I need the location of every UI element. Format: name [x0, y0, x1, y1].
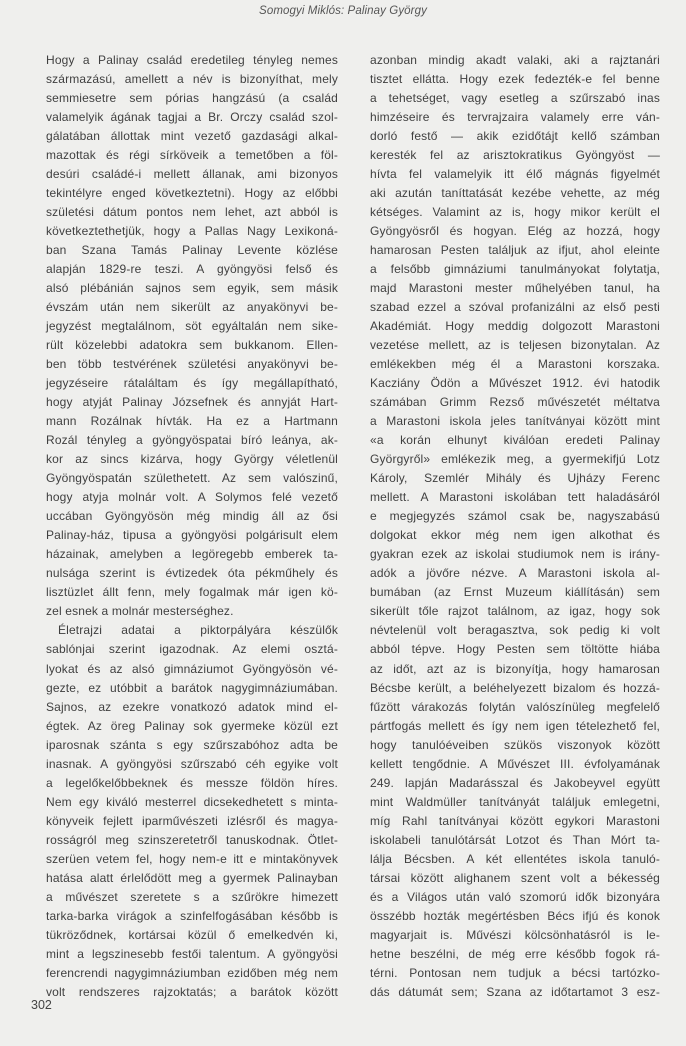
- text-line: Sajnos, az ezekre vonatkozó adatok mind …: [46, 698, 338, 717]
- text-line: jegyzéseire rátaláltam és így megállapít…: [46, 374, 338, 393]
- text-line: névtelenül volt beragasztva, sok pedig k…: [370, 621, 660, 640]
- text-line: desúri családé-i mellett állanak, ami bi…: [46, 165, 338, 184]
- text-line: Nem egy kiváló mesterrel dicsekedhetett …: [46, 793, 338, 812]
- text-line: Életrajzi adatai a piktorpályára készülő…: [46, 621, 338, 640]
- text-line: következtethetjük, hogy a Pallas Nagy Le…: [46, 222, 338, 241]
- text-line: inasnak. A gyöngyösi szűrszabó céh egyik…: [46, 755, 338, 774]
- text-line: kor az sincs kizárva, hogy György véletl…: [46, 450, 338, 469]
- text-line: dás dátumát sem; Szana az időtartamot 3 …: [370, 983, 660, 1002]
- text-line: valamelyik ágának tagjai a Br. Orczy csa…: [46, 108, 338, 127]
- text-line: könyveik fejlett iparművészeti izlésről …: [46, 812, 338, 831]
- text-line: uccában Gyöngyösön még mindig áll az ősi: [46, 507, 338, 526]
- text-line: tükröződnek, kortársai közül ő emelkedvé…: [46, 926, 338, 945]
- text-line: mazottak és régi sírköveik a temetőben a…: [46, 146, 338, 165]
- text-line: Györgyről» emlékezik meg, a gyermekifjú …: [370, 450, 660, 469]
- text-line: sablónjai szerint igazodnak. Az elemi os…: [46, 640, 338, 659]
- text-line: a művészet szeretete s a szűrökre himeze…: [46, 888, 338, 907]
- text-line: volt rendszeres rajzoktatás; a barátok k…: [46, 983, 338, 1002]
- text-line: szabad ezzel a szóval profanizálni az el…: [370, 298, 660, 317]
- text-line: lálja Bécsben. A két ellentétes iskola t…: [370, 850, 660, 869]
- text-line: «a korán elhunyt kiválóan eredeti Palina…: [370, 431, 660, 450]
- text-line: mint Waldmüller tanítványát találjuk eml…: [370, 793, 660, 812]
- text-line: bumában (az Ernst Muzeum kiállításán) se…: [370, 583, 660, 602]
- text-line: számában Grimm Rezső művészetét méltatva: [370, 393, 660, 412]
- text-line: Rozál tényleg a gyöngyöspatai bíró leány…: [46, 431, 338, 450]
- text-line: emlékekben még él a Marastoni korszaka.: [370, 355, 660, 374]
- text-line: pártfogás mellett és így nem igen tétele…: [370, 717, 660, 736]
- text-line: rosságról meg szinszeretetről tanuskodna…: [46, 831, 338, 850]
- text-line: tarka-barka virágok a szinfelfogásában k…: [46, 907, 338, 926]
- text-line: hamarosan Pesten találjuk az ifjut, ahol…: [370, 241, 660, 260]
- text-line: hogy atyja molnár volt. A Solymos felé v…: [46, 488, 338, 507]
- text-line: társai között alighanem szent volt a bék…: [370, 869, 660, 888]
- text-line: hogy atyját Palinay Józsefnek és annyját…: [46, 393, 338, 412]
- text-line: hetne beszélni, de még erre később fogok…: [370, 945, 660, 964]
- text-line: hogy tanulóéveiben szükös viszonyok közö…: [370, 736, 660, 755]
- text-line: rült közelebbi adatokra sem bukkanom. El…: [46, 336, 338, 355]
- text-line: és a Világos után való szomorú idők bizo…: [370, 888, 660, 907]
- text-line: Palinay-ház, tipusa a gyöngyösi polgáris…: [46, 526, 338, 545]
- text-line: alapján 1829-re teszi. A gyöngyösi felső…: [46, 260, 338, 279]
- text-line: ben több testvérének születési anyakönyv…: [46, 355, 338, 374]
- text-line: születési dátum pontos nem lehet, azt ab…: [46, 203, 338, 222]
- text-line: égtek. Az öreg Palinay sok gyermeke közü…: [46, 717, 338, 736]
- text-line: hatása alatt érlelődött meg a gyermek Pa…: [46, 869, 338, 888]
- text-line: az időt, azt az is bizonyítja, hogy hama…: [370, 660, 660, 679]
- text-line: fűzött várakozás folytán valószínüleg me…: [370, 698, 660, 717]
- text-line: lyokat és az alsó gimnáziumot Gyöngyösön…: [46, 660, 338, 679]
- text-line: tisztet ellátta. Hogy ezek fedezték-e fe…: [370, 70, 660, 89]
- text-line: magyarjait is. Művészi kölcsönhatásról i…: [370, 926, 660, 945]
- text-line: tekintélyre enged következtetni). Hogy a…: [46, 184, 338, 203]
- text-line: nulsága szerint is évtizedek óta pékműhe…: [46, 564, 338, 583]
- text-line: majd Marastoni mester műhelyében tanul, …: [370, 279, 660, 298]
- text-line: szerüen vetem fel, hogy nem-e itt e mint…: [46, 850, 338, 869]
- text-line: a Marastoni iskola jeles tanítványai köz…: [370, 412, 660, 431]
- text-line: Hogy a Palinay család eredetileg tényleg…: [46, 51, 338, 70]
- running-header: Somogyi Miklós: Palinay György: [0, 5, 686, 17]
- text-line: mellett. A Marastoni iskolában tett hala…: [370, 488, 660, 507]
- text-line: gálatában állottak mint vezető gazdasági…: [46, 127, 338, 146]
- text-line: Gyöngyöspatán születhetett. Az sem valós…: [46, 469, 338, 488]
- text-line: e megjegyzés számol csak be, nagyszabású: [370, 507, 660, 526]
- text-line: dorló festő — akik ezidőtájt kellő számb…: [370, 127, 660, 146]
- text-line: a felsőbb gimnáziumi tanulmányokat folyt…: [370, 260, 660, 279]
- text-line: összébb hozták megértésben Bécs ifjú és …: [370, 907, 660, 926]
- text-line: mann Rozálnak hívták. Ha ez a Hartmann: [46, 412, 338, 431]
- text-line: ban Szana Tamás Palinay Levente közlése: [46, 241, 338, 260]
- left-text-column: Hogy a Palinay család eredetileg tényleg…: [46, 51, 338, 1002]
- text-line: 249. lapján Madarásszal és Jakobeyvel eg…: [370, 774, 660, 793]
- text-line: alsó plébánián sajnos sem egyik, sem más…: [46, 279, 338, 298]
- text-line: Kacziány Ödön a Művészet 1912. évi hatod…: [370, 374, 660, 393]
- text-line: gyakran ezek az iskolai studiumok nem is…: [370, 545, 660, 564]
- text-line: zel esnek a molnár mesterséghez.: [46, 602, 338, 621]
- text-line: sikerült tőle rajzot találnom, az igaz, …: [370, 602, 660, 621]
- text-line: iparosnak szánta s egy szűrszabóhoz adta…: [46, 736, 338, 755]
- text-line: ferencrendi nagygimnáziumban ezidőben mé…: [46, 964, 338, 983]
- text-line: míg Rahl tanítványai között egykori Mara…: [370, 812, 660, 831]
- text-line: dolgokat ekkor még nem igen alkothat és: [370, 526, 660, 545]
- text-line: himzéseire és tervrajzaira valamely erre…: [370, 108, 660, 127]
- text-line: jegyzést megtalálnom, söt egyáltalán nem…: [46, 317, 338, 336]
- text-line: vezetése mellett, az is teljesen bizonyt…: [370, 336, 660, 355]
- text-line: Károly, Szemlér Mihály és Ujházy Ferenc: [370, 469, 660, 488]
- right-text-column: azonban mindig akadt valaki, aki a rajzt…: [370, 51, 660, 1002]
- text-line: lisztüzlet állt fenn, mely fogalmak már …: [46, 583, 338, 602]
- text-line: gezte, ez utóbbit a barátok nagygimnáziu…: [46, 679, 338, 698]
- text-line: a legelőkelőbbeknek és messze földön hír…: [46, 774, 338, 793]
- text-line: kétséges. Valamint az is, hogy mikor ker…: [370, 203, 660, 222]
- text-line: évszám után nem sikerült az anyakönyvi b…: [46, 298, 338, 317]
- text-line: keresték fel az arisztokratikus Gyöngyös…: [370, 146, 660, 165]
- page-number: 302: [31, 998, 52, 1012]
- text-line: házainak, amelyben a legöregebb emberek …: [46, 545, 338, 564]
- text-line: kellett tengődnie. A Művészet III. évfol…: [370, 755, 660, 774]
- text-line: iskolabeli tanulótársát Lotzot és Than M…: [370, 831, 660, 850]
- text-line: a tehetséget, vagy esetleg a szűrszabó i…: [370, 89, 660, 108]
- text-line: abból tépve. Hogy Pesten sem töltötte hi…: [370, 640, 660, 659]
- text-line: hívta fel valamelyik itt élő mágnás figy…: [370, 165, 660, 184]
- text-line: származású, amellett a név is bizonyítha…: [46, 70, 338, 89]
- text-line: térni. Pontosan nem tudjuk a bécsi tartó…: [370, 964, 660, 983]
- text-line: Bécsbe került, a beléhelyezett bizalom é…: [370, 679, 660, 698]
- text-line: Akadémiát. Hogy meddig dolgozott Marasto…: [370, 317, 660, 336]
- text-line: semmiesetre sem pórias hangzású (a csalá…: [46, 89, 338, 108]
- text-line: aki azután taníttatását kezébe vehette, …: [370, 184, 660, 203]
- text-line: adók a jövőre nézve. A Marastoni iskola …: [370, 564, 660, 583]
- text-line: mint a legszinesebb festői talentum. A g…: [46, 945, 338, 964]
- text-line: azonban mindig akadt valaki, aki a rajzt…: [370, 51, 660, 70]
- text-line: Gyöngyösről és hogyan. Elég az hozzá, ho…: [370, 222, 660, 241]
